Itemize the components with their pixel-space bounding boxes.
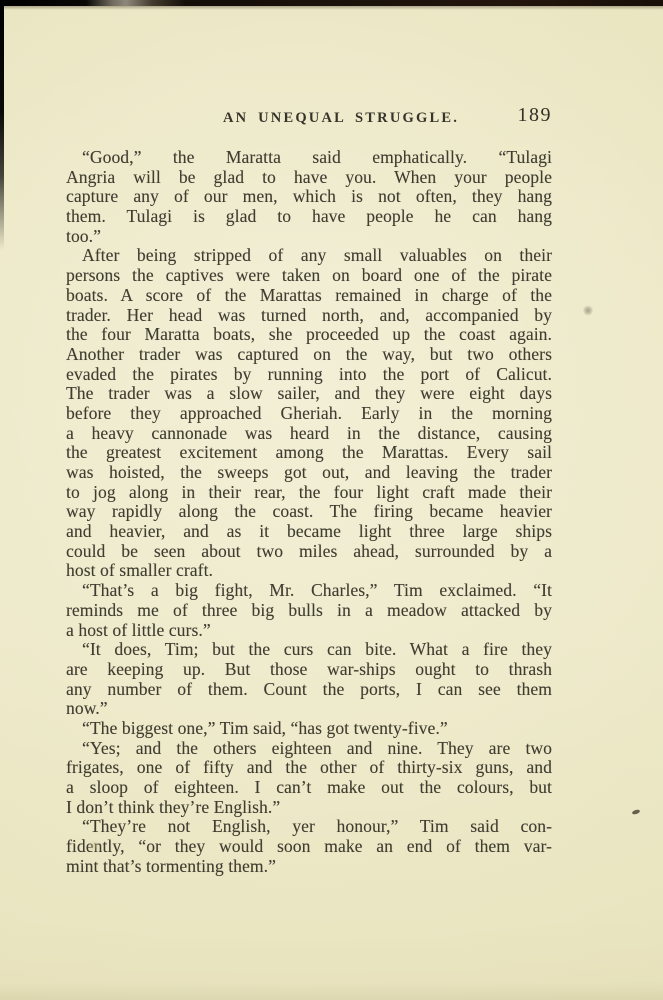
text-line: frigates, one of fifty and the other of … <box>66 758 552 778</box>
text-line: are keeping up. But those war-ships ough… <box>66 660 552 680</box>
paragraph: “The biggest one,” Tim said, “has got tw… <box>66 719 552 739</box>
text-line: the greatest excitement among the Maratt… <box>66 443 552 463</box>
text-line: any number of them. Count the ports, I c… <box>66 680 552 700</box>
text-line: “Good,” the Maratta said emphatically. “… <box>66 148 552 168</box>
scan-bottom-shade <box>0 982 663 1000</box>
scan-smudge <box>86 840 102 852</box>
text-line: Angria will be glad to have you. When yo… <box>66 168 552 188</box>
text-line: a heavy cannonade was heard in the dista… <box>66 424 552 444</box>
scan-left-edge <box>0 0 4 250</box>
text-line: “Yes; and the others eighteen and nine. … <box>66 739 552 759</box>
text-line: a sloop of eighteen. I can’t make out th… <box>66 778 552 798</box>
scan-speck-gray <box>583 305 593 316</box>
page-number: 189 <box>518 104 553 127</box>
text-line: now.” <box>66 699 552 719</box>
scanned-book-page: AN UNEQUAL STRUGGLE. 189 “Good,” the Mar… <box>0 0 663 1000</box>
text-line: host of smaller craft. <box>66 561 552 581</box>
text-line: fidently, “or they would soon make an en… <box>66 837 552 857</box>
text-line: “It does, Tim; but the curs can bite. Wh… <box>66 640 552 660</box>
paragraph: “They’re not English, yer honour,” Tim s… <box>66 817 552 876</box>
paragraph: “Good,” the Maratta said emphatically. “… <box>66 148 552 246</box>
scan-top-edge-shadow <box>0 6 663 10</box>
paragraph: “It does, Tim; but the curs can bite. Wh… <box>66 640 552 719</box>
text-line: before they approached Gheriah. Early in… <box>66 404 552 424</box>
text-line: “That’s a big fight, Mr. Charles,” Tim e… <box>66 581 552 601</box>
text-line: capture any of our men, which is not oft… <box>66 187 552 207</box>
scan-speck-dark <box>632 809 641 815</box>
text-line: reminds me of three big bulls in a meado… <box>66 601 552 621</box>
text-line: way rapidly along the coast. The firing … <box>66 502 552 522</box>
page-header: AN UNEQUAL STRUGGLE. 189 <box>66 104 552 128</box>
text-line: boats. A score of the Marattas remained … <box>66 286 552 306</box>
running-title: AN UNEQUAL STRUGGLE. <box>223 110 459 127</box>
text-line: mint that’s tormenting them.” <box>66 857 552 877</box>
text-line: “The biggest one,” Tim said, “has got tw… <box>66 719 552 739</box>
paragraph: After being stripped of any small valuab… <box>66 246 552 581</box>
text-line: The trader was a slow sailer, and they w… <box>66 384 552 404</box>
text-line: them. Tulagi is glad to have people he c… <box>66 207 552 227</box>
text-line: could be seen about two miles ahead, sur… <box>66 542 552 562</box>
text-line: a host of little curs.” <box>66 621 552 641</box>
text-line: the four Maratta boats, she proceeded up… <box>66 325 552 345</box>
text-line: Another trader was captured on the way, … <box>66 345 552 365</box>
text-line: trader. Her head was turned north, and, … <box>66 306 552 326</box>
text-line: was hoisted, the sweeps got out, and lea… <box>66 463 552 483</box>
text-line: persons the captives were taken on board… <box>66 266 552 286</box>
paragraph: “That’s a big fight, Mr. Charles,” Tim e… <box>66 581 552 640</box>
text-line: I don’t think they’re English.” <box>66 798 552 818</box>
paragraph: “Yes; and the others eighteen and nine. … <box>66 739 552 818</box>
text-line: After being stripped of any small valuab… <box>66 246 552 266</box>
text-line: “They’re not English, yer honour,” Tim s… <box>66 817 552 837</box>
text-line: and heavier, and as it became light thre… <box>66 522 552 542</box>
text-line: evaded the pirates by running into the p… <box>66 365 552 385</box>
page-body: “Good,” the Maratta said emphatically. “… <box>66 148 552 876</box>
text-line: to jog along in their rear, the four lig… <box>66 483 552 503</box>
text-line: too.” <box>66 227 552 247</box>
